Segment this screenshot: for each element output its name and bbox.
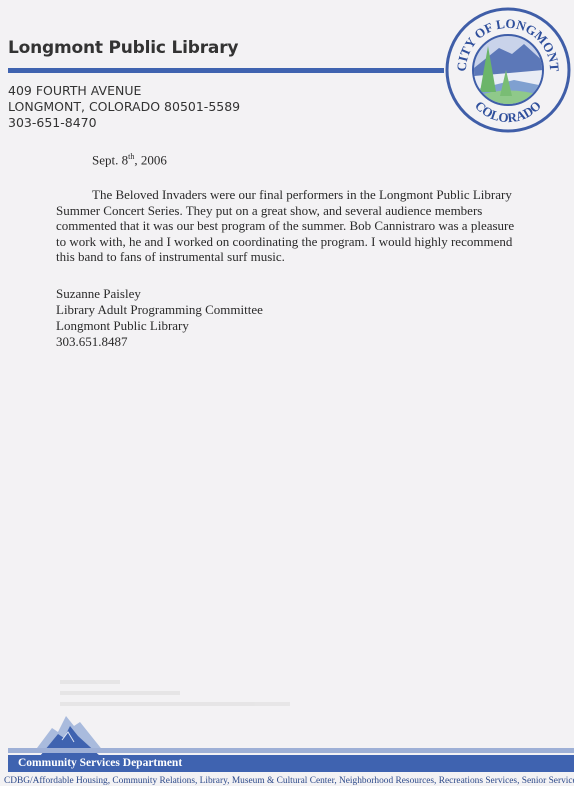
address-line-1: 409 FOURTH AVENUE <box>8 83 141 98</box>
header-rule <box>8 68 444 73</box>
paper-bleed-through <box>60 680 290 714</box>
header-phone: 303-651-8470 <box>8 115 97 130</box>
city-seal-icon: CITY OF LONGMONT COLORADO <box>444 6 572 134</box>
letter-body: The Beloved Invaders were our final perf… <box>56 187 526 265</box>
signature-name: Suzanne Paisley <box>56 286 141 302</box>
address-line-2: LONGMONT, COLORADO 80501-5589 <box>8 99 240 114</box>
department-name: Community Services Department <box>18 757 182 769</box>
services-list: CDBG/Affordable Housing, Community Relat… <box>4 776 574 786</box>
signature-title: Library Adult Programming Committee <box>56 302 263 318</box>
letter-date: Sept. 8th, 2006 <box>92 152 167 168</box>
org-title: Longmont Public Library <box>8 38 238 58</box>
footer-light-bar <box>8 748 574 753</box>
signature-organization: Longmont Public Library <box>56 318 189 334</box>
signature-phone: 303.651.8487 <box>56 334 128 350</box>
